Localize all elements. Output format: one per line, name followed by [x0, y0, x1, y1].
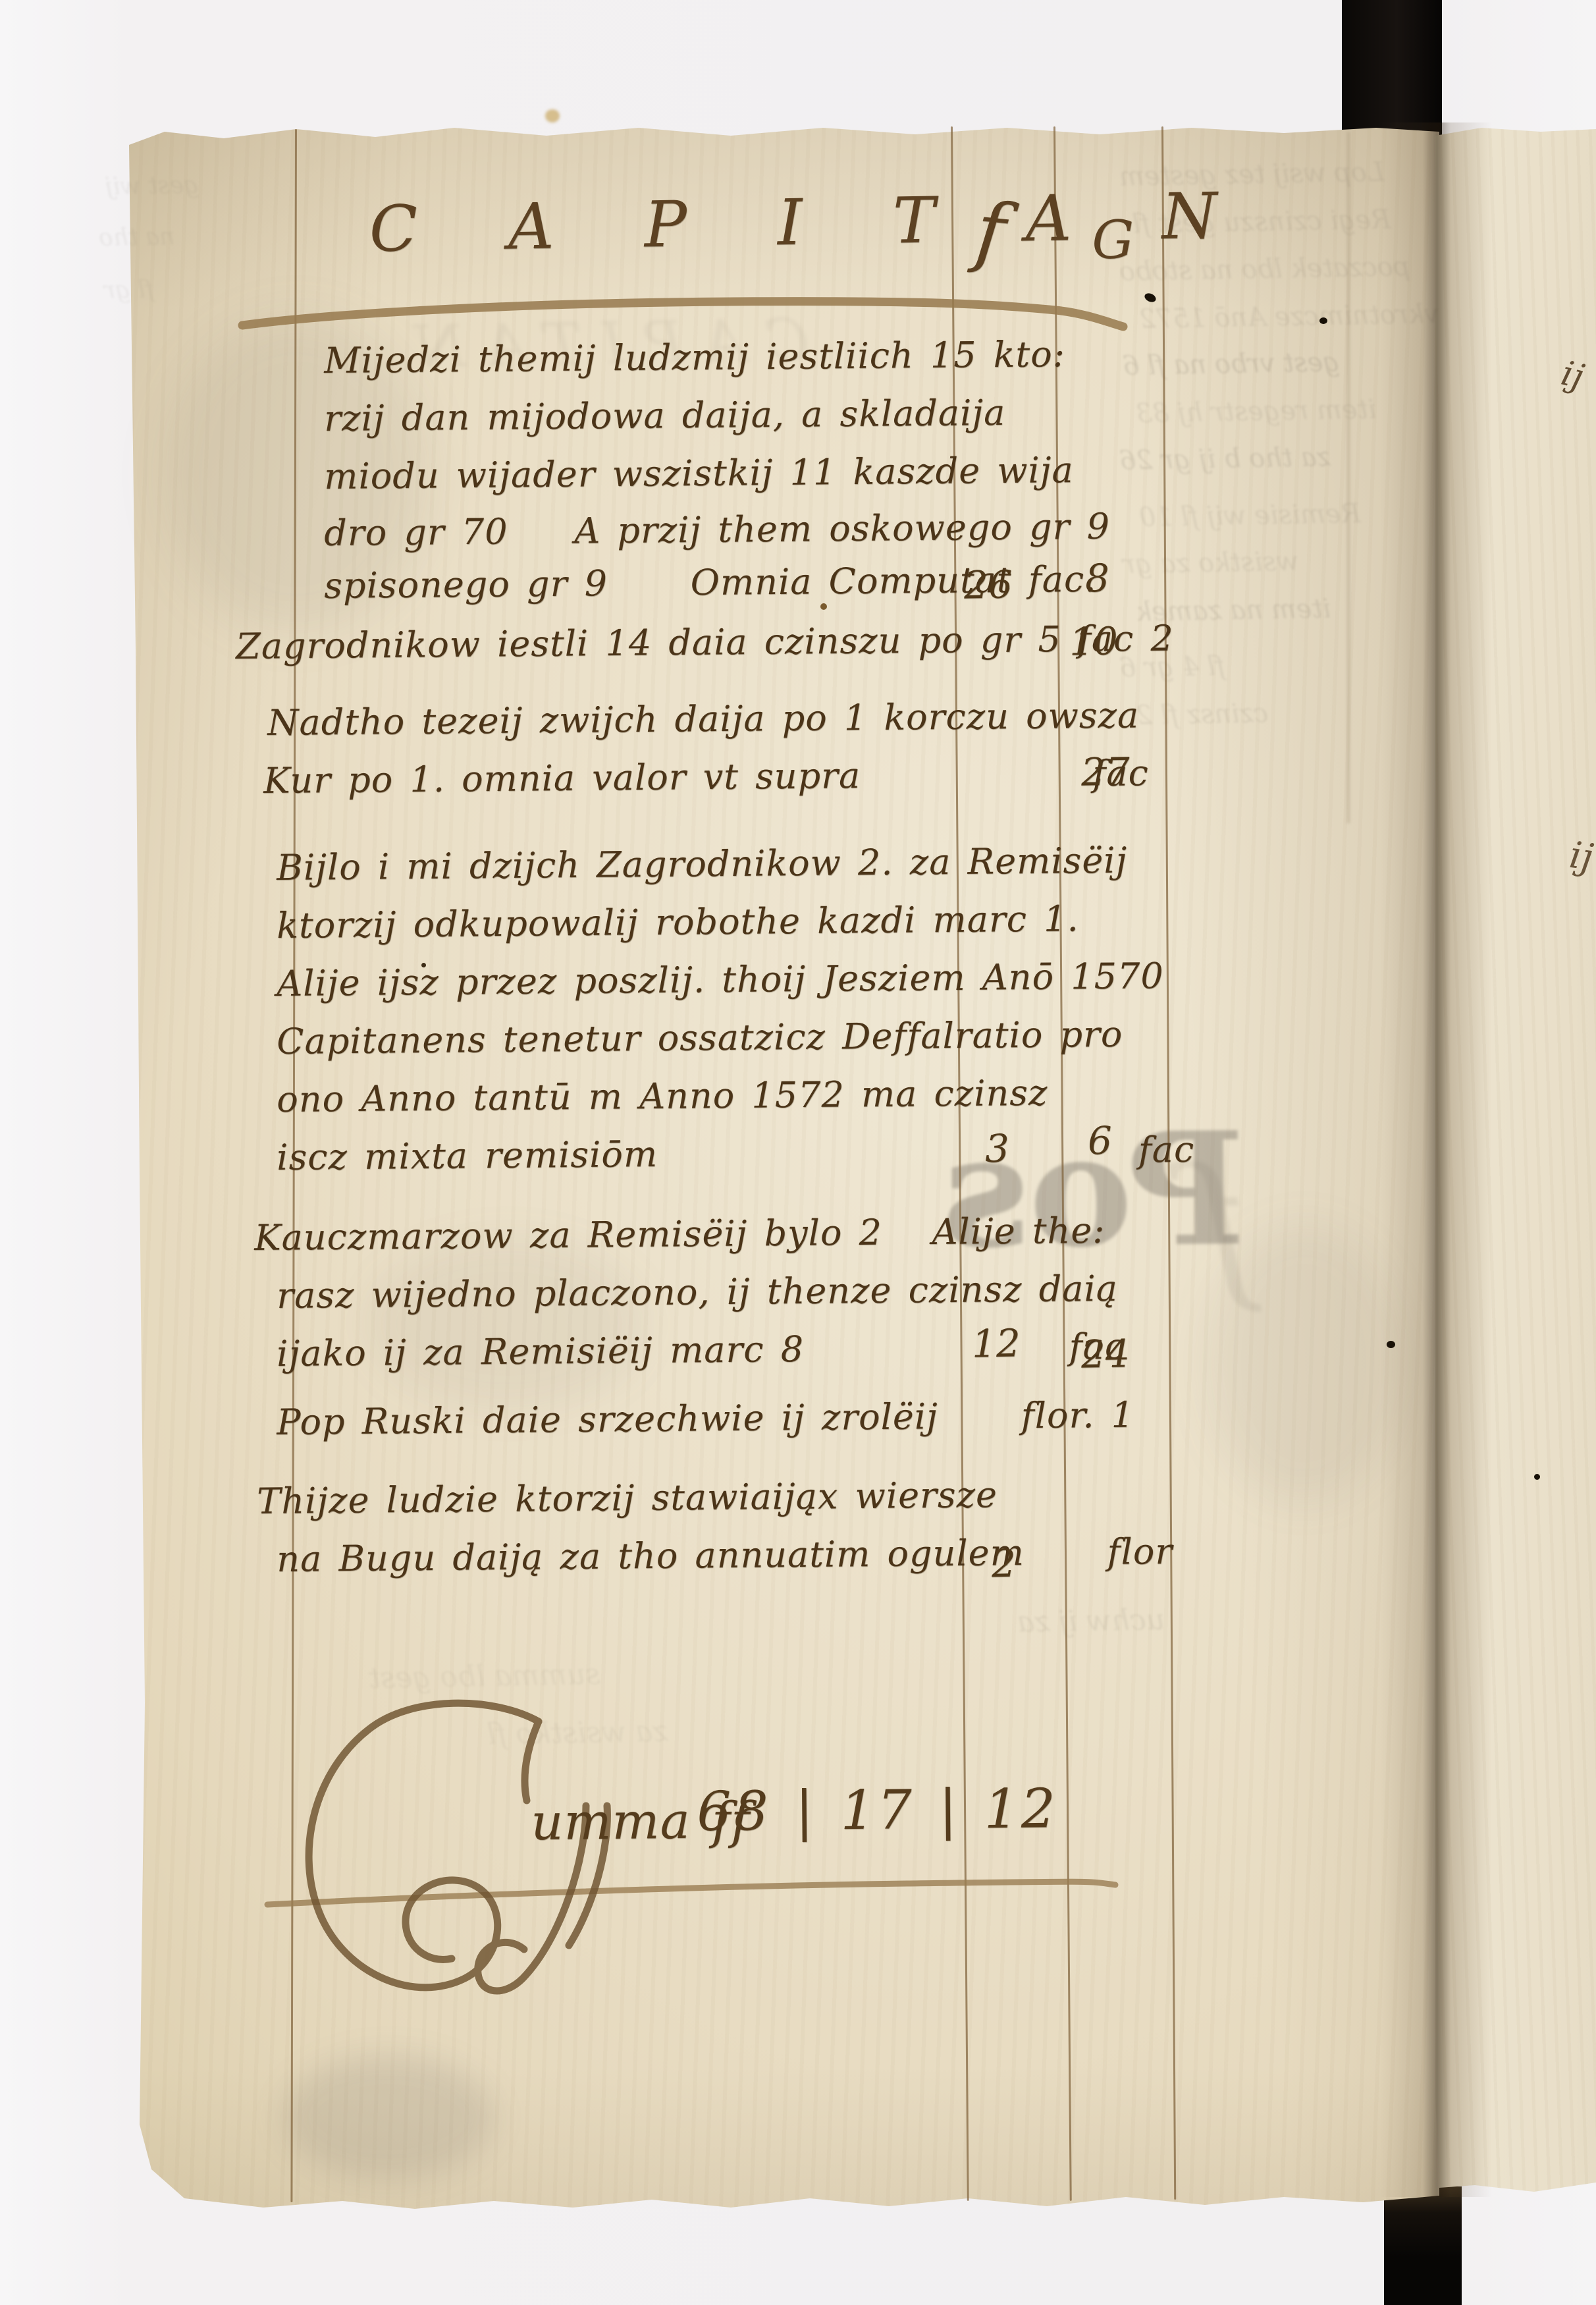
ink-speck [421, 963, 426, 967]
entry-line: Mijedzi themij ludzmij iestliich 15 kto: [324, 333, 1065, 381]
paper-crease [1347, 132, 1350, 823]
florins-value: 3 [984, 1126, 1009, 1172]
groszy-value: 10 [1069, 618, 1118, 664]
entry-line: Kur po 1. omnia valor vt supra fac [263, 752, 1149, 801]
entry-line: dro gr 70 A przij them oskowego gr 9 [324, 506, 1110, 554]
groszy-value: 6 [1087, 1118, 1112, 1164]
summa-total: 68 | 17 | 12 [697, 1777, 1058, 1843]
binding-strap-top [1342, 0, 1442, 138]
entry-line: Kauczmarzow za Remisëij bylo 2 Alije the… [254, 1210, 1105, 1259]
entry-line: Zagrodnikow iestli 14 daia czinszu po gr… [236, 618, 1174, 667]
florins-value: 26 [963, 562, 1013, 607]
entry-line: Nadtho tezeij zwijch daija po 1 korczu o… [267, 694, 1139, 744]
entry-line: ktorzij odkupowalij robothe kazdi marc 1… [277, 898, 1079, 946]
entry-line: miodu wijader wszistkij 11 kaszde wija [324, 449, 1074, 497]
florins-value: 2 [991, 1541, 1016, 1586]
ink-speck [820, 603, 827, 610]
groszy-value: 27 [1080, 749, 1130, 794]
manuscript-page-right-sliver [1435, 122, 1596, 2201]
entry-line: rasz wijedno placzono, ij thenze czinsz … [277, 1268, 1118, 1316]
florins-value: 12 [971, 1320, 1021, 1366]
ink-speck [1387, 1341, 1395, 1348]
groszy-value: 8 [1084, 556, 1109, 601]
groszy-value: 24 [1080, 1331, 1130, 1376]
entry-line: Pop Ruski daie srzechwie ij zrolëij flor… [277, 1394, 1134, 1443]
summa-flourish [277, 1690, 645, 2032]
entry-line: Capitanens tenetur ossatzicz Deffalratio… [277, 1014, 1123, 1062]
entry-line: Bijlo i mi dzijch Zagrodnikow 2. za Remi… [277, 840, 1128, 888]
binding-strap-bottom [1384, 2186, 1462, 2305]
entry-line: na Bugu daiją za tho annuatim ogulem flo… [277, 1531, 1173, 1580]
ink-speck [1319, 317, 1327, 324]
entry-line: iscz mixta remisiōm fac [277, 1129, 1194, 1178]
entry-line: ono Anno tantū m Anno 1572 ma czinsz [277, 1072, 1048, 1120]
ink-speck [1534, 1474, 1540, 1480]
paper-stain [545, 109, 560, 122]
column-header-groszy: G [1092, 209, 1135, 271]
entry-line: Alije ijsz przez poszlij. thoij Jesziem … [277, 955, 1164, 1004]
entry-line: Thijze ludzie ktorzij stawiaijąx wiersze [257, 1474, 997, 1522]
manuscript-scan: CAPITAN Lop wsij tez gestem Regi czinszu… [0, 0, 1596, 2305]
entry-line: rzij dan mijodowa daija, a skladaija [324, 392, 1006, 439]
